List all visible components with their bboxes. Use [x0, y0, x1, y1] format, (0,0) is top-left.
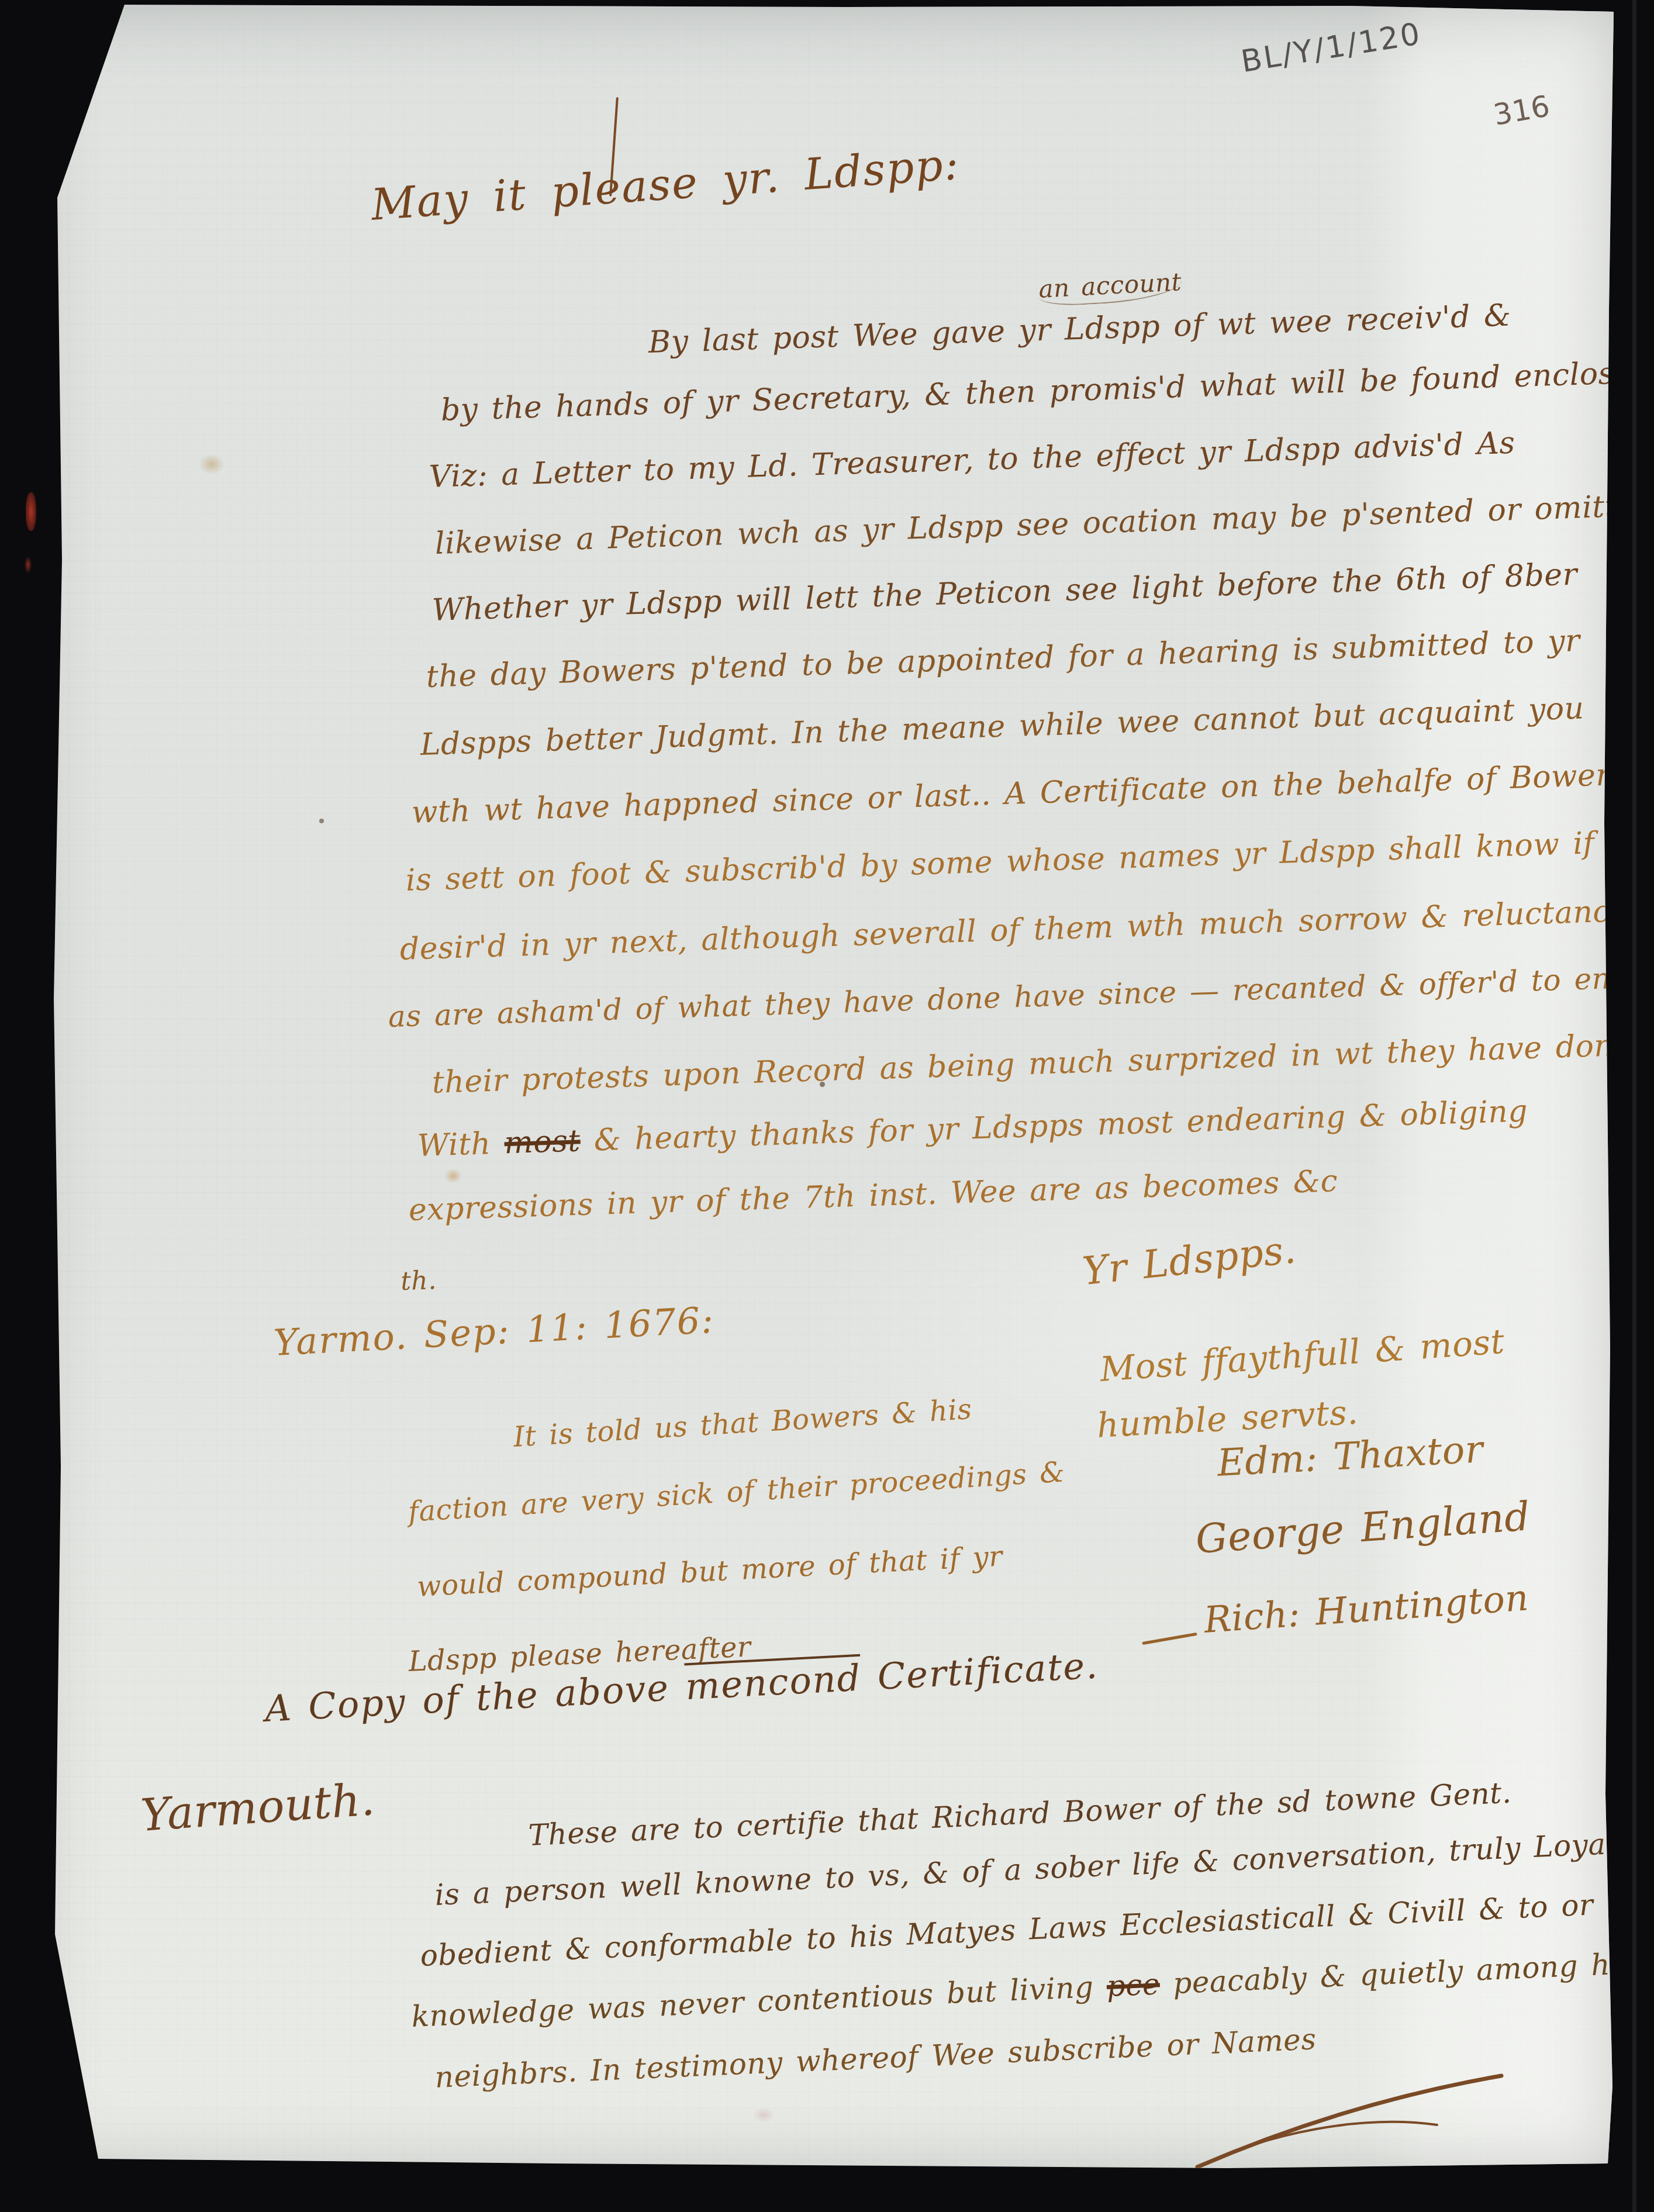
- body-line: their protests upon Record as being much…: [431, 1028, 1632, 1100]
- binding-seam: [1632, 0, 1636, 2212]
- postscript-line: would compound but more of that if yr: [416, 1540, 1003, 1603]
- body-line: expressions in yr of the 7th inst. Wee a…: [408, 1164, 1338, 1228]
- overlined-word: mencond: [685, 1657, 863, 1709]
- body-line: wth wt have happned since or last.. A Ce…: [411, 757, 1627, 830]
- body-line: by the hands of yr Secretary, & then pro…: [440, 355, 1643, 428]
- certificate-line-segment: knowledge was never contentious but livi…: [410, 1969, 1107, 2034]
- fox-spot: [199, 454, 225, 475]
- folio-number: 316: [1491, 89, 1553, 132]
- dateline-superscript: th.: [400, 1265, 437, 1296]
- body-line-segment: & hearty thanks for yr Ldspps most endea…: [580, 1093, 1528, 1158]
- shelfmark-annotation: BL/Y/1/120: [1239, 16, 1424, 80]
- insertion-above-line: an account: [1038, 267, 1182, 307]
- ink-speck: [319, 819, 324, 823]
- body-line: Viz: a Letter to my Ld. Treasurer, to th…: [429, 426, 1515, 495]
- ink-speck: [820, 1082, 825, 1087]
- body-line: likewise a Peticon wch as yr Ldspp see o…: [434, 488, 1654, 561]
- letter-paper: BL/Y/1/120 316 May it please yr. Ldspp: …: [28, 5, 1618, 2172]
- signature-george-england: George England: [1194, 1493, 1531, 1563]
- dateline: Yarmo. Sep: 11: 1676:: [272, 1299, 716, 1364]
- body-line-segment: With: [417, 1126, 505, 1164]
- signature-flourish: [1186, 2069, 1513, 2174]
- photo-background: BL/Y/1/120 316 May it please yr. Ldspp: …: [0, 0, 1654, 2212]
- body-line: Ldspps better Judgmt. In the meane while…: [420, 691, 1584, 762]
- certificate-line-segment: peacably & quietly among his: [1159, 1947, 1636, 2001]
- crossed-out-word: pce: [1106, 1967, 1161, 2003]
- body-line: as are asham'd of what they have done ha…: [388, 960, 1654, 1034]
- body-line: is sett on foot & subscrib'd by some who…: [405, 826, 1595, 898]
- closing-your-lordship: Yr Ldspps.: [1080, 1227, 1298, 1294]
- certificate-place: Yarmouth.: [139, 1773, 377, 1841]
- body-line: the day Bowers p'tend to be appointed fo…: [426, 623, 1580, 695]
- wax-seal-residue: [25, 557, 32, 573]
- copy-heading-segment: Certificate.: [860, 1644, 1099, 1699]
- salutation-line: May it please yr. Ldspp:: [370, 139, 961, 230]
- fox-spot: [753, 2107, 774, 2123]
- postscript-line: It is told us that Bowers & his: [513, 1393, 973, 1454]
- body-line: desir'd in yr next, although severall of…: [399, 893, 1628, 967]
- crossed-out-word: most: [504, 1123, 581, 1161]
- body-line: Whether yr Ldspp will lett the Peticon s…: [431, 557, 1578, 628]
- postscript-line: faction are very sick of their proceedin…: [408, 1455, 1066, 1528]
- closing-most-faithful: Most ffaythfull & most: [1099, 1321, 1505, 1389]
- signature-rich-huntington: Rich: Huntington: [1203, 1576, 1530, 1641]
- wax-seal-residue: [26, 492, 36, 531]
- body-line-with-strikethrough: With most & hearty thanks for yr Ldspps …: [417, 1093, 1528, 1164]
- ink-blot: [444, 1168, 462, 1183]
- signature-dash: [1142, 1633, 1197, 1645]
- certificate-line: neighbrs. In testimony whereof Wee subsc…: [434, 2022, 1317, 2094]
- body-line: By last post Wee gave yr Ldspp of wt wee…: [648, 298, 1511, 360]
